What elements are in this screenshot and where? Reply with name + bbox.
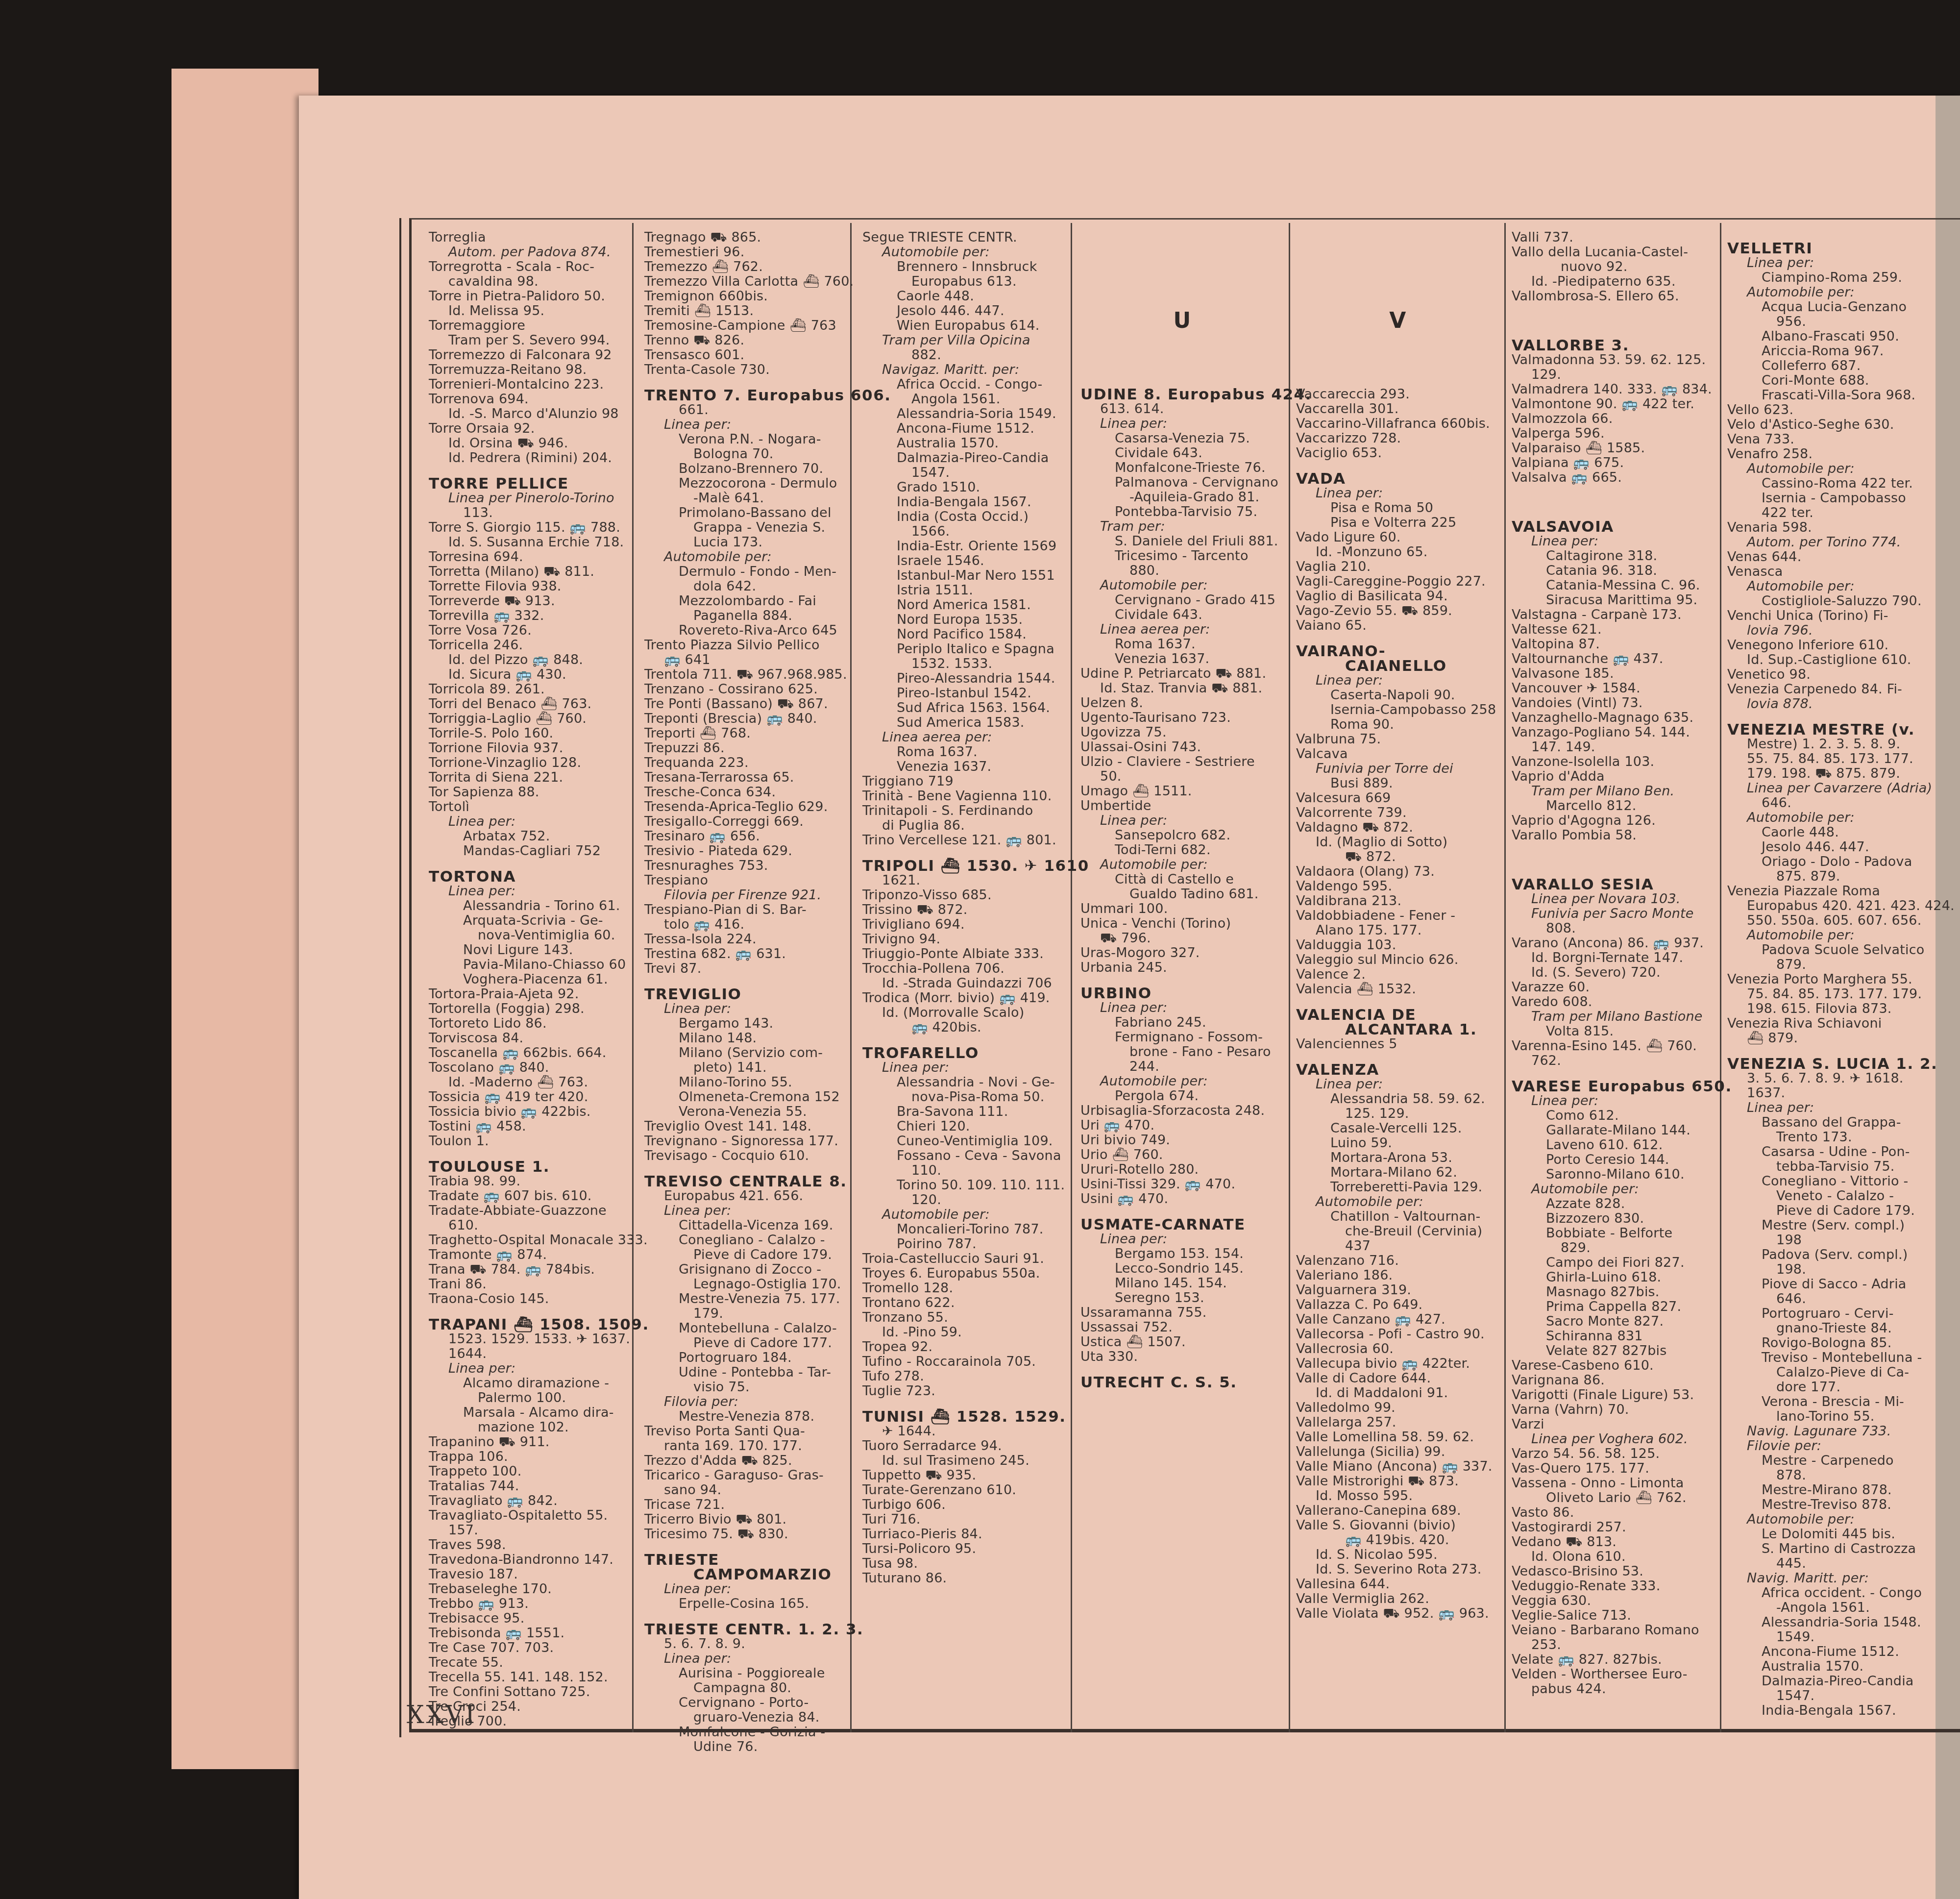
index-entry: Tusa 98. (862, 1556, 1066, 1571)
index-entry: Gualdo Tadino 681. (1080, 887, 1284, 902)
index-entry: Trespiano (644, 873, 845, 888)
index-entry: Milano (Servizio com- (644, 1046, 845, 1060)
index-entry: Sacro Monte 827. (1512, 1314, 1715, 1329)
index-entry: Mestre-Venezia 878. (644, 1409, 845, 1424)
index-entry: Tuoro Serradarce 94. (862, 1439, 1066, 1454)
index-entry: Ulassai-Osini 743. (1080, 740, 1284, 755)
index-entry: Padova (Serv. compl.) (1727, 1248, 1931, 1262)
index-entry: Grado 1510. (862, 480, 1066, 495)
index-entry: Urio ⛴ 760. (1080, 1148, 1284, 1162)
index-entry: Trento 173. (1727, 1130, 1931, 1145)
index-entry: Masnago 827bis. (1512, 1285, 1715, 1300)
index-entry: Bergamo 153. 154. (1080, 1247, 1284, 1261)
service-label: Linea per: (644, 1652, 845, 1666)
index-entry: Cividale 643. (1080, 608, 1284, 622)
index-column-2: Tregnago ⛟ 865.Tremestieri 96.Tremezzo ⛴… (644, 230, 845, 1754)
index-entry: Australia 1570. (862, 436, 1066, 451)
index-entry: Id. Melissa 95. (429, 304, 627, 319)
index-entry: Tresivio - Piateda 629. (644, 844, 845, 859)
index-entry: Trevignano - Signoressa 177. (644, 1134, 845, 1149)
index-column-3: Segue TRIESTE CENTR.Automobile per:Brenn… (862, 230, 1066, 1586)
index-entry: Treviglio Ovest 141. 148. (644, 1119, 845, 1134)
service-label: Navigaz. Maritt. per: (862, 363, 1066, 377)
service-label: Linea per: (1080, 814, 1284, 828)
index-entry: Id. S. Nicolao 595. (1296, 1548, 1499, 1562)
index-entry: Roma 1637. (862, 745, 1066, 760)
index-entry: Mezzolombardo - Fai (644, 594, 845, 609)
index-entry: Verona - Brescia - Mi- (1727, 1395, 1931, 1409)
index-entry: Fabriano 245. (1080, 1015, 1284, 1030)
index-entry: Mezzocorona - Dermulo (644, 476, 845, 491)
index-entry: Marcello 812. (1512, 799, 1715, 814)
index-entry: Troia-Castelluccio Sauri 91. (862, 1252, 1066, 1266)
index-entry: Porto Ceresio 144. (1512, 1153, 1715, 1167)
index-entry: Tor Sapienza 88. (429, 785, 627, 800)
index-entry: Tursi-Policoro 95. (862, 1542, 1066, 1556)
index-entry: Varignana 86. (1512, 1373, 1715, 1388)
service-label: Automobile per: (1727, 579, 1931, 594)
index-entry: Ancona-Fiume 1512. (862, 421, 1066, 436)
index-entry: nova-Ventimiglia 60. (429, 928, 627, 943)
index-entry: 1547. (1727, 1689, 1931, 1703)
index-entry: Alessandria - Torino 61. (429, 899, 627, 913)
index-entry: Vaprio d'Adda (1512, 769, 1715, 784)
index-entry: Pontebba-Tarvisio 75. (1080, 505, 1284, 519)
index-entry: 661. (644, 403, 845, 418)
index-entry: Vaccareccia 293. (1296, 387, 1499, 402)
index-entry: Id. Sicura 🚌 430. (429, 667, 627, 682)
index-entry: Varano (Ancona) 86. 🚌 937. (1512, 936, 1715, 951)
index-entry: Vastogirardi 257. (1512, 1520, 1715, 1535)
service-label: Automobile per: (1727, 1512, 1931, 1527)
index-entry: Valdibrana 213. (1296, 894, 1499, 909)
index-column-5: VVaccareccia 293.Vaccarella 301.Vaccarin… (1296, 230, 1499, 1621)
index-entry: ⛟ 872. (1296, 850, 1499, 864)
index-entry: pleto) 141. (644, 1060, 845, 1075)
index-entry: Varzo 54. 56. 58. 125. (1512, 1447, 1715, 1461)
index-entry: Vassena - Onno - Limonta (1512, 1476, 1715, 1491)
index-entry: Travagliato-Ospitaletto 55. (429, 1508, 627, 1523)
index-entry: 🚌 420bis. (862, 1020, 1066, 1035)
index-entry: Valle Violata ⛟ 952. 🚌 963. (1296, 1606, 1499, 1621)
service-label: Linea per Cavarzere (Adria) (1727, 781, 1931, 796)
index-entry: Valpiana 🚌 675. (1512, 456, 1715, 470)
index-entry: Schiranna 831 (1512, 1329, 1715, 1344)
index-entry: Toscolano 🚌 840. (429, 1060, 627, 1075)
index-entry: Valmozzola 66. (1512, 412, 1715, 426)
index-entry: Tufo 278. (862, 1369, 1066, 1384)
index-entry: Treviso Porta Santi Qua- (644, 1424, 845, 1439)
index-entry: Poirino 787. (862, 1237, 1066, 1252)
index-entry: Aurisina - Poggioreale (644, 1666, 845, 1681)
service-label: Linea per: (1296, 486, 1499, 501)
index-entry: Montebelluna - Calalzo- (644, 1321, 845, 1336)
index-entry: Milano-Torino 55. (644, 1075, 845, 1090)
index-entry: Id. Borgni-Ternate 147. (1512, 951, 1715, 965)
index-entry: Valdengo 595. (1296, 879, 1499, 894)
index-entry: Uri bivio 749. (1080, 1133, 1284, 1148)
index-heading: USMATE-CARNATE (1080, 1217, 1284, 1232)
index-entry: Trento Piazza Silvio Pellico (644, 638, 845, 653)
index-entry: Voghera-Piacenza 61. (429, 972, 627, 987)
index-entry: Torriggia-Laglio ⛴ 760. (429, 712, 627, 726)
index-entry: Trinitapoli - S. Ferdinando (862, 804, 1066, 818)
index-entry: Valle Canzano 🚌 427. (1296, 1312, 1499, 1327)
index-entry: Europabus 613. (862, 274, 1066, 289)
index-entry: Bolzano-Brennero 70. (644, 462, 845, 476)
index-entry: Trocchia-Pollena 706. (862, 962, 1066, 976)
index-entry: 1523. 1529. 1533. ✈ 1637. (429, 1332, 627, 1347)
index-entry: Vanzago-Pogliano 54. 144. (1512, 725, 1715, 740)
index-heading: TRENTO 7. Europabus 606. (644, 388, 845, 403)
index-entry: Istanbul-Mar Nero 1551 (862, 568, 1066, 583)
index-entry: Valtesse 621. (1512, 622, 1715, 637)
index-entry: Valli 737. (1512, 230, 1715, 245)
index-entry: Mestre-Treviso 878. (1727, 1498, 1931, 1512)
index-entry: Venasca (1727, 565, 1931, 579)
index-entry: Acqua Lucia-Genzano (1727, 300, 1931, 315)
index-entry: Arquata-Scrivia - Ge- (429, 913, 627, 928)
index-entry: Istria 1511. (862, 583, 1066, 598)
index-entry: Vaprio d'Agogna 126. (1512, 814, 1715, 828)
index-entry: Seregno 153. (1080, 1291, 1284, 1306)
index-entry: Id. -Piedipaterno 635. (1512, 274, 1715, 289)
index-entry: Varzi (1512, 1417, 1715, 1432)
column-rule-3 (1071, 223, 1072, 1732)
index-entry: dore 177. (1727, 1380, 1931, 1395)
index-entry: 1637. (1727, 1086, 1931, 1101)
index-entry: Casarsa - Udine - Pon- (1727, 1145, 1931, 1159)
index-entry: Torri del Benaco ⛴ 763. (429, 697, 627, 712)
index-entry: Valguarnera 319. (1296, 1283, 1499, 1298)
index-entry: Tratalias 744. (429, 1479, 627, 1494)
index-entry: Venezia Riva Schiavoni (1727, 1016, 1931, 1031)
index-entry: Venegono Inferiore 610. (1727, 638, 1931, 653)
index-entry: Tuppetto ⛟ 935. (862, 1468, 1066, 1483)
index-entry: Varenna-Esino 145. ⛴ 760. (1512, 1039, 1715, 1054)
index-entry: -Malè 641. (644, 491, 845, 506)
index-entry: Vas-Quero 175. 177. (1512, 1461, 1715, 1476)
index-entry: Torresina 694. (429, 550, 627, 565)
index-entry: Id. Sup.-Castiglione 610. (1727, 653, 1931, 667)
index-entry: Venezia Piazzale Roma (1727, 884, 1931, 899)
service-label: Linea per: (644, 418, 845, 432)
index-entry: Trinità - Bene Vagienna 110. (862, 789, 1066, 804)
service-label: Automobile per: (1727, 285, 1931, 300)
index-entry: Torviscosa 84. (429, 1031, 627, 1046)
index-entry: Trepuzzi 86. (644, 741, 845, 756)
index-entry: 157. (429, 1523, 627, 1538)
index-entry: Tradate 🚌 607 bis. 610. (429, 1189, 627, 1204)
index-entry: Colleferro 687. (1727, 359, 1931, 373)
index-entry: Trontano 622. (862, 1296, 1066, 1310)
page-number: XXVI (407, 1701, 477, 1729)
index-entry: Conegliano - Calalzo - (644, 1233, 845, 1248)
service-label: Linea per: (1727, 256, 1931, 271)
index-entry: Pieve di Cadore 179. (644, 1248, 845, 1262)
index-heading: UDINE 8. Europabus 424. (1080, 387, 1284, 402)
index-entry: Torrile-S. Polo 160. (429, 726, 627, 741)
index-heading: VELLETRI (1727, 241, 1931, 256)
index-entry: nova-Pisa-Roma 50. (862, 1090, 1066, 1105)
index-entry: Usini-Tissi 329. 🚌 470. (1080, 1177, 1284, 1192)
index-entry: Oliveto Lario ⛴ 762. (1512, 1491, 1715, 1505)
index-entry: Vallelarga 257. (1296, 1415, 1499, 1430)
index-entry: 829. (1512, 1241, 1715, 1256)
index-entry: Treviso - Montebelluna - (1727, 1351, 1931, 1365)
index-entry: Vaglio di Basilicata 94. (1296, 589, 1499, 604)
index-entry: Triuggio-Ponte Albiate 333. (862, 947, 1066, 962)
index-entry: Tortoreto Lido 86. (429, 1016, 627, 1031)
index-entry: Torrevilla 🚌 332. (429, 609, 627, 623)
index-entry: Vallerano-Canepina 689. (1296, 1504, 1499, 1518)
service-label: lovia 878. (1727, 697, 1931, 712)
index-entry: Trevisago - Cocquio 610. (644, 1149, 845, 1163)
index-entry: Tressa-Isola 224. (644, 932, 845, 947)
index-entry: Varigotti (Finale Ligure) 53. (1512, 1388, 1715, 1403)
index-entry: Bizzozero 830. (1512, 1211, 1715, 1226)
index-entry: Travedona-Biandronno 147. (429, 1553, 627, 1567)
index-heading: TRIPOLI ⛴ 1530. ✈ 1610 (862, 859, 1066, 873)
index-entry: Todi-Terni 682. (1080, 843, 1284, 858)
index-entry: Valtopina 87. (1512, 637, 1715, 652)
index-entry: Vasto 86. (1512, 1505, 1715, 1520)
index-entry: dola 642. (644, 579, 845, 594)
index-entry: Trebbo 🚌 913. (429, 1597, 627, 1611)
index-entry: Trezzo d'Adda ⛟ 825. (644, 1454, 845, 1468)
index-entry: Tuglie 723. (862, 1384, 1066, 1399)
index-entry: 550. 550a. 605. 607. 656. (1727, 913, 1931, 928)
index-entry: Erpelle-Cosina 165. (644, 1597, 845, 1611)
index-entry: Laveno 610. 612. (1512, 1138, 1715, 1153)
index-entry: Toscanella 🚌 662bis. 664. (429, 1046, 627, 1060)
service-label: Automobile per: (1727, 462, 1931, 476)
index-entry: 880. (1080, 564, 1284, 578)
index-entry: Traona-Cosio 145. (429, 1292, 627, 1307)
index-entry: Jesolo 446. 447. (1727, 840, 1931, 855)
index-heading: TORTONA (429, 869, 627, 884)
index-entry: tolo 🚌 416. (644, 917, 845, 932)
index-entry: Ussaramanna 755. (1080, 1306, 1284, 1320)
index-entry: Udine P. Petriarcato ⛟ 881. (1080, 666, 1284, 681)
index-entry: Tricase 721. (644, 1498, 845, 1512)
index-entry: Bobbiate - Belforte (1512, 1226, 1715, 1241)
index-entry: Id. -Pino 59. (862, 1325, 1066, 1340)
index-entry: Id. Olona 610. (1512, 1550, 1715, 1564)
index-entry: Venezia 1637. (862, 760, 1066, 774)
index-entry: Palmanova - Cervignano (1080, 475, 1284, 490)
index-heading: VARESE Europabus 650. (1512, 1079, 1715, 1094)
index-entry: Europabus 421. 656. (644, 1189, 845, 1204)
index-entry: Treponti (Brescia) 🚌 840. (644, 712, 845, 726)
index-entry: Torremaggiore (429, 319, 627, 333)
index-entry: di Puglia 86. (862, 818, 1066, 833)
service-label: Tram per: (1080, 519, 1284, 534)
index-entry: Valle Mistrorighi ⛟ 873. (1296, 1474, 1499, 1489)
index-entry: Torregrotta - Scala - Roc- (429, 260, 627, 274)
index-entry: Dalmazia-Pireo-Candia (1727, 1674, 1931, 1689)
index-entry: Veggia 630. (1512, 1594, 1715, 1608)
index-entry: Valmadonna 53. 59. 62. 125. (1512, 353, 1715, 368)
service-label: Tram per Milano Bastione (1512, 1010, 1715, 1024)
index-entry: Vaccarino-Villafranca 660bis. (1296, 417, 1499, 431)
index-entry: 646. (1727, 796, 1931, 811)
index-entry: Pireo-Alessandria 1544. (862, 671, 1066, 686)
service-label: Linea per Voghera 602. (1512, 1432, 1715, 1447)
index-entry: Id. (S. Severo) 720. (1512, 965, 1715, 980)
service-label: Funivia per Sacro Monte (1512, 907, 1715, 921)
index-column-1: TorregliaAutom. per Padova 874.Torregrot… (429, 230, 627, 1729)
index-entry: 179. 198. ⛟ 875. 879. (1727, 766, 1931, 781)
index-entry: S. Daniele del Friuli 881. (1080, 534, 1284, 549)
index-entry: Urbisaglia-Sforzacosta 248. (1080, 1104, 1284, 1118)
index-entry: Lucia 173. (644, 535, 845, 550)
index-entry: Torreglia (429, 230, 627, 245)
index-entry: Fossano - Ceva - Savona (862, 1149, 1066, 1163)
index-entry: India-Bengala 1567. (862, 495, 1066, 510)
index-entry: Valle di Cadore 644. (1296, 1371, 1499, 1386)
index-entry: Brennero - Innsbruck (862, 260, 1066, 274)
index-entry: Tremestieri 96. (644, 245, 845, 260)
index-entry: Veneto - Calalzo - (1727, 1189, 1931, 1204)
index-entry: Torrenova 694. (429, 392, 627, 407)
service-label: Automobile per: (1727, 811, 1931, 825)
index-entry: Tricesimo - Tarcento (1080, 549, 1284, 564)
index-entry: Rovereto-Riva-Arco 645 (644, 623, 845, 638)
index-entry: 55. 75. 84. 85. 173. 177. (1727, 752, 1931, 766)
index-entry: Valenciennes 5 (1296, 1037, 1499, 1052)
index-entry: India-Bengala 1567. (1727, 1703, 1931, 1718)
index-entry: Tremignon 660bis. (644, 289, 845, 304)
index-entry: Ulzio - Claviere - Sestriere (1080, 755, 1284, 769)
index-entry: Velo d'Astico-Seghe 630. (1727, 418, 1931, 432)
index-entry: Vallazza C. Po 649. (1296, 1298, 1499, 1312)
index-heading: TREVISO CENTRALE 8. (644, 1174, 845, 1189)
index-entry: Padova Scuole Selvatico (1727, 943, 1931, 958)
index-entry: Rovigo-Bologna 85. (1727, 1336, 1931, 1351)
index-entry: Torreverde ⛟ 913. (429, 594, 627, 609)
index-heading: TOULOUSE 1. (429, 1159, 627, 1174)
index-entry: pabus 424. (1512, 1682, 1715, 1697)
index-entry: Portogruaro 184. (644, 1351, 845, 1365)
index-entry: Uras-Mogoro 327. (1080, 946, 1284, 961)
index-entry: Varallo Pombia 58. (1512, 828, 1715, 843)
index-entry: Azzate 828. (1512, 1197, 1715, 1211)
index-entry: Id. di Maddaloni 91. (1296, 1386, 1499, 1401)
index-entry: 1549. (1727, 1630, 1931, 1645)
index-entry: Tram per S. Severo 994. (429, 333, 627, 348)
index-heading: VALENZA (1296, 1062, 1499, 1077)
index-entry: Oriago - Dolo - Padova (1727, 855, 1931, 869)
service-label: Automobile per: (862, 245, 1066, 260)
index-entry: Mandas-Cagliari 752 (429, 844, 627, 859)
index-entry: Valeggio sul Mincio 626. (1296, 953, 1499, 967)
index-entry: Valcorrente 739. (1296, 806, 1499, 820)
service-label: Tram per Milano Ben. (1512, 784, 1715, 799)
index-entry: Tricarico - Garaguso- Gras- (644, 1468, 845, 1483)
index-entry: Ussassai 752. (1080, 1320, 1284, 1335)
index-entry: Tortolì (429, 800, 627, 814)
index-entry: Vagli-Careggine-Poggio 227. (1296, 574, 1499, 589)
index-entry: Frascati-Villa-Sora 968. (1727, 388, 1931, 403)
index-entry: Id. (Morrovalle Scalo) (862, 1006, 1066, 1020)
index-entry: Tramonte 🚌 874. (429, 1248, 627, 1262)
index-entry: Trequanda 223. (644, 756, 845, 770)
index-entry: 50. (1080, 769, 1284, 784)
index-entry: Trevi 87. (644, 962, 845, 976)
index-entry: Torrione Filovia 937. (429, 741, 627, 756)
index-entry: Tresigallo-Correggi 669. (644, 814, 845, 829)
index-entry: 445. (1727, 1556, 1931, 1571)
index-entry: Id. del Pizzo 🚌 848. (429, 653, 627, 667)
index-entry: Tregnago ⛟ 865. (644, 230, 845, 245)
index-entry: Pieve di Cadore 177. (644, 1336, 845, 1351)
index-entry: Tresche-Conca 634. (644, 785, 845, 800)
index-entry: Traves 598. (429, 1538, 627, 1553)
index-entry: Trenta-Casole 730. (644, 363, 845, 377)
index-heading: UTRECHT C. S. 5. (1080, 1375, 1284, 1390)
index-entry: Conegliano - Vittorio - (1727, 1174, 1931, 1189)
index-entry: Venezia Porto Marghera 55. (1727, 972, 1931, 987)
index-entry: Alessandria-Soria 1549. (862, 407, 1066, 421)
service-label: Linea per: (1080, 417, 1284, 431)
index-entry: Dalmazia-Pireo-Candia (862, 451, 1066, 466)
index-entry: Venafro 258. (1727, 447, 1931, 462)
index-entry: Vallesina 644. (1296, 1577, 1499, 1592)
section-letter: V (1296, 314, 1499, 328)
index-entry: ⛴ 879. (1727, 1031, 1931, 1046)
index-entry: Tricesimo 75. ⛟ 830. (644, 1527, 845, 1542)
index-entry: Veduggio-Renate 333. (1512, 1579, 1715, 1594)
section-letter: U (1080, 314, 1284, 328)
index-entry: 875. 879. (1727, 869, 1931, 884)
service-label: Automobile per: (1512, 1182, 1715, 1197)
index-entry: Pireo-Istanbul 1542. (862, 686, 1066, 701)
index-entry: Torre in Pietra-Palidoro 50. (429, 289, 627, 304)
index-entry: 646. (1727, 1292, 1931, 1307)
service-label: Linea per: (644, 1002, 845, 1016)
index-entry: Vena 733. (1727, 432, 1931, 447)
index-entry: Trana ⛟ 784. 🚌 784bis. (429, 1262, 627, 1277)
index-entry: Torremuzza-Reitano 98. (429, 363, 627, 377)
index-heading: VADA (1296, 471, 1499, 486)
index-entry: ⛟ 796. (1080, 931, 1284, 946)
index-entry: Segue TRIESTE CENTR. (862, 230, 1066, 245)
index-entry: Legnago-Ostiglia 170. (644, 1277, 845, 1292)
index-entry: Roma 1637. (1080, 637, 1284, 652)
index-entry: -Angola 1561. (1727, 1601, 1931, 1615)
index-entry: 808. (1512, 921, 1715, 936)
service-label: Linea per: (1296, 1077, 1499, 1092)
index-entry: Torrenieri-Montalcino 223. (429, 377, 627, 392)
index-entry: Vado Ligure 60. (1296, 530, 1499, 545)
index-entry: Cuneo-Ventimiglia 109. (862, 1134, 1066, 1149)
service-label: Automobile per: (1080, 1074, 1284, 1089)
index-heading: VENEZIA MESTRE (v. (1727, 722, 1931, 737)
service-label: Linea per: (862, 1060, 1066, 1075)
index-entry: Valence 2. (1296, 967, 1499, 982)
index-entry: Alano 175. 177. (1296, 923, 1499, 938)
index-entry: Valeriano 186. (1296, 1268, 1499, 1283)
index-heading: TUNISI ⛴ 1528. 1529. (862, 1409, 1066, 1424)
index-entry: Valle S. Giovanni (bivio) (1296, 1518, 1499, 1533)
index-entry: nuovo 92. (1512, 260, 1715, 274)
back-page (171, 69, 318, 1769)
index-entry: Ariccia-Roma 967. (1727, 344, 1931, 359)
index-entry: Trabia 98. 99. (429, 1174, 627, 1189)
index-entry: S. Martino di Castrozza (1727, 1542, 1931, 1556)
service-label: Filovia per: (644, 1395, 845, 1409)
